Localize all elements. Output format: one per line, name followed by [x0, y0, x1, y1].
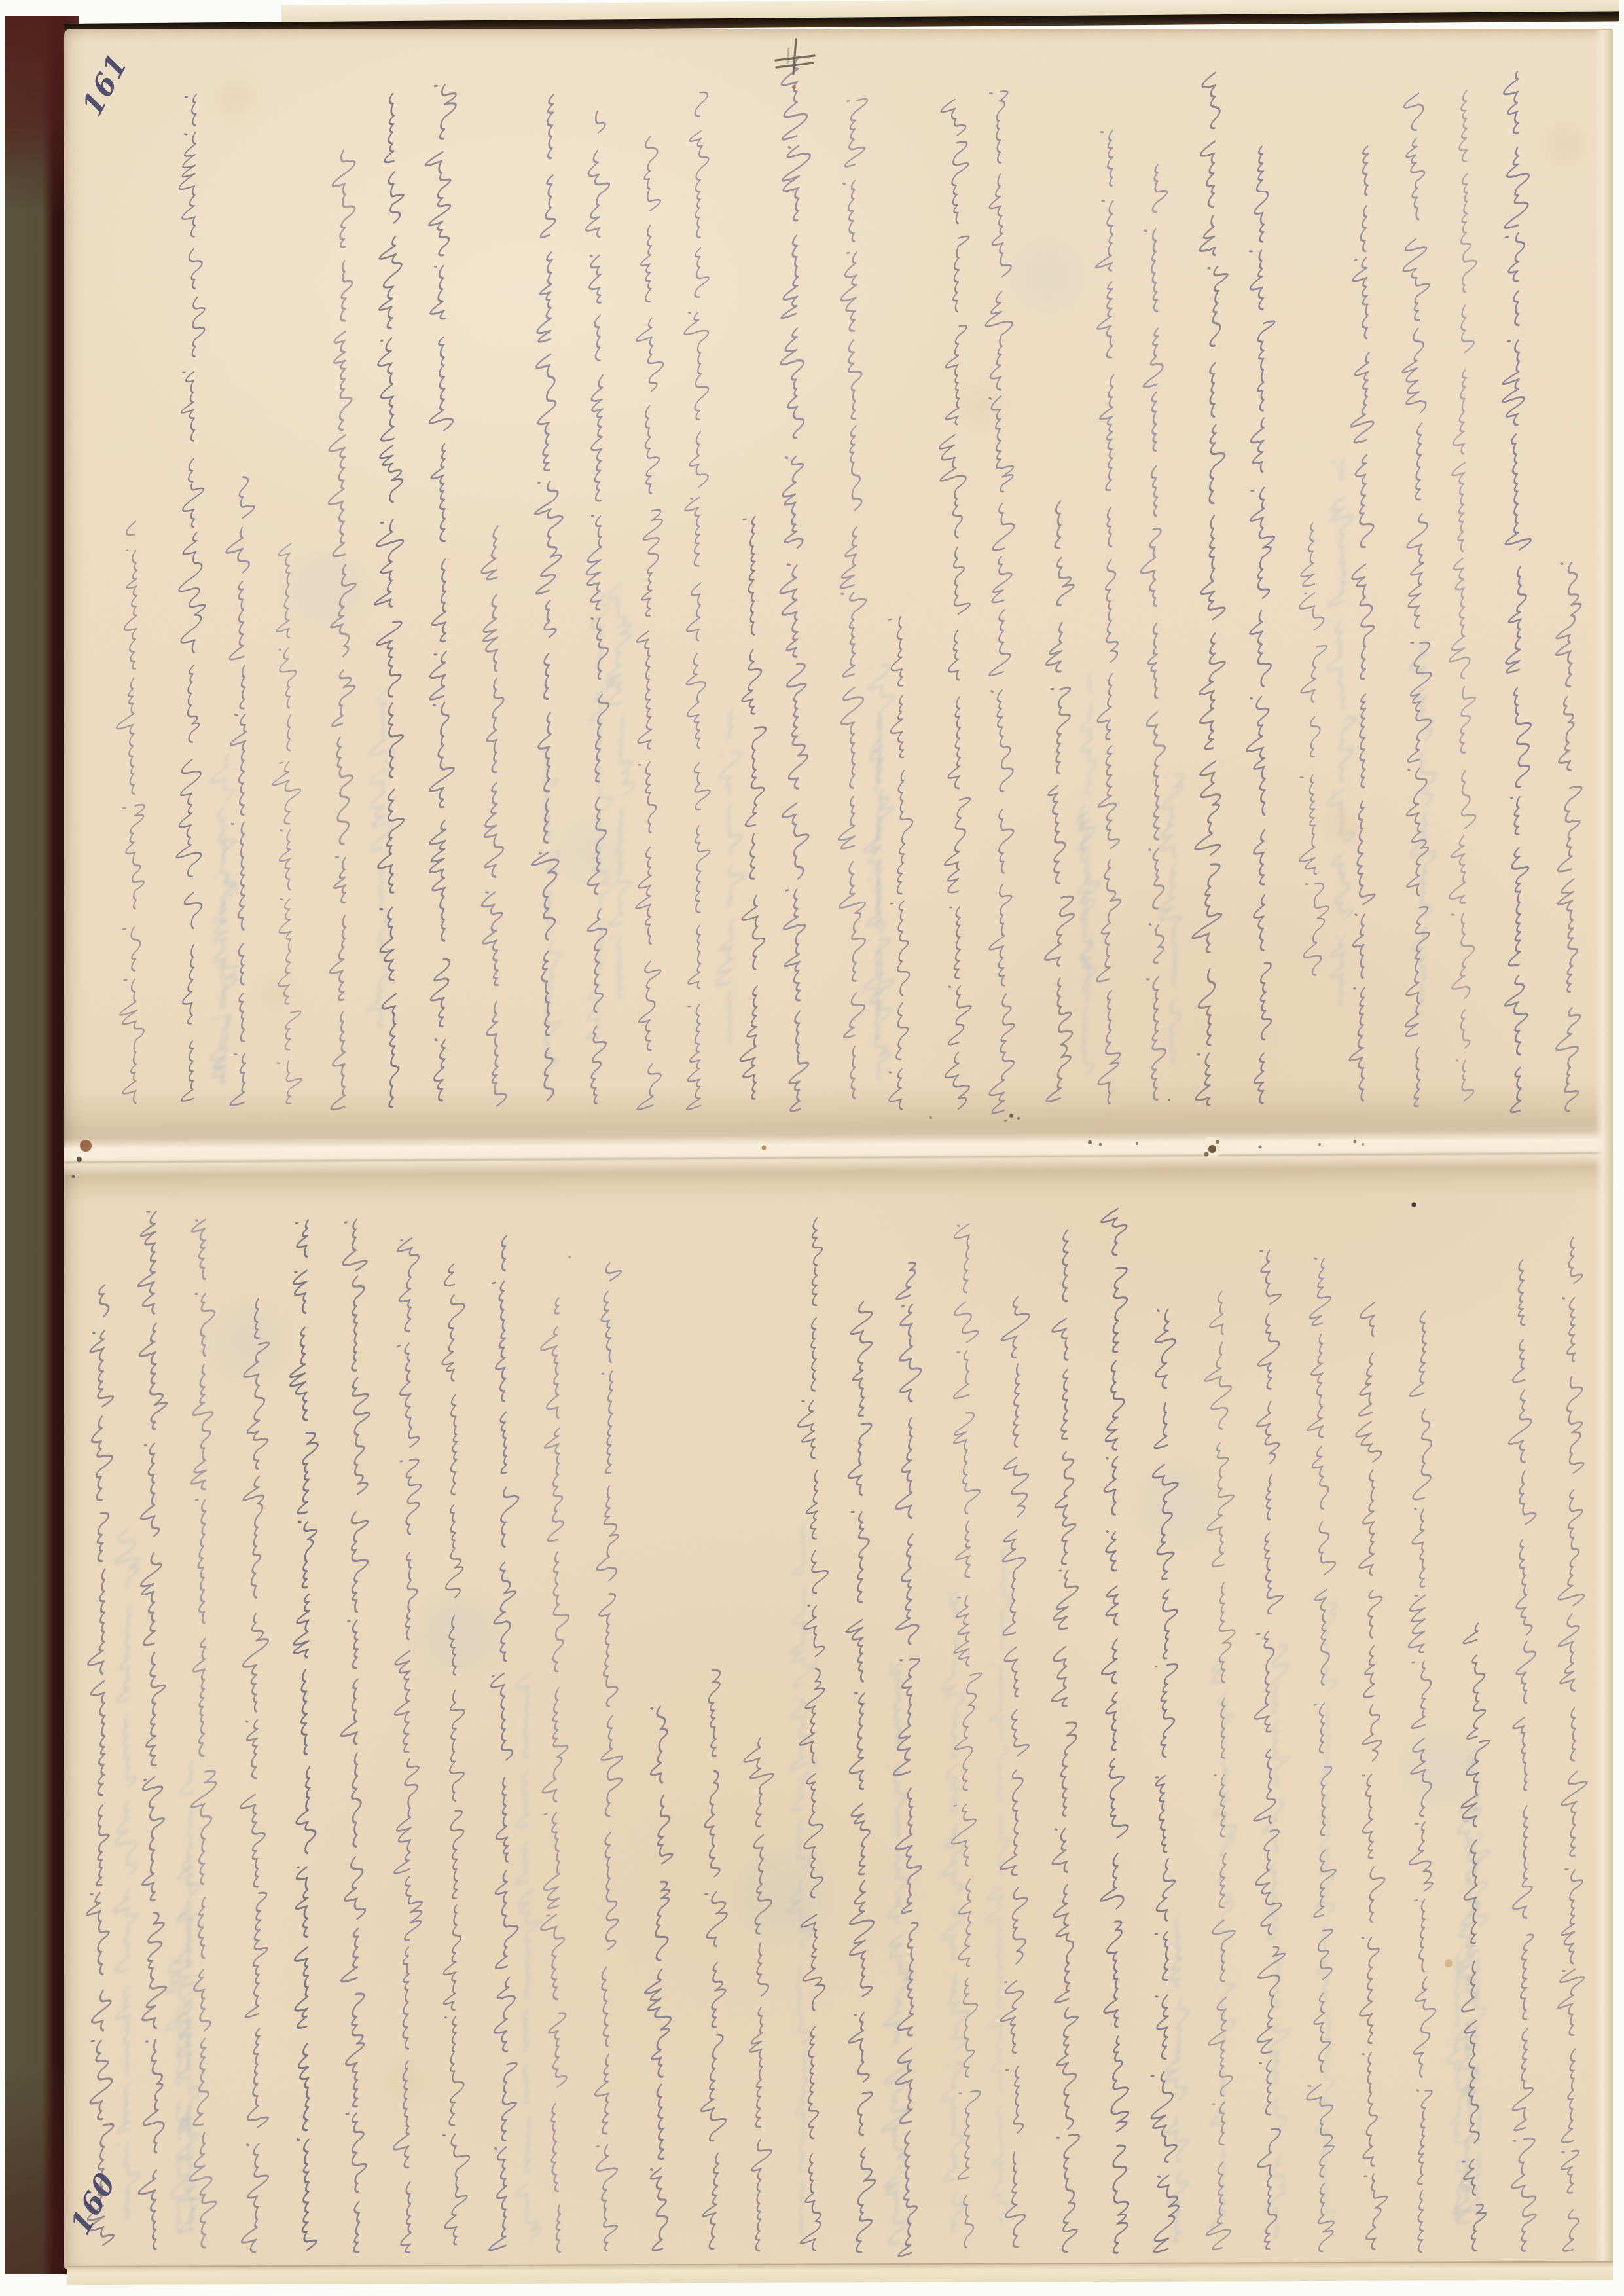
scan-background: 161 160 [0, 0, 1624, 2296]
handwriting-layer [0, 0, 1624, 2296]
paper-grain [64, 29, 1613, 2269]
